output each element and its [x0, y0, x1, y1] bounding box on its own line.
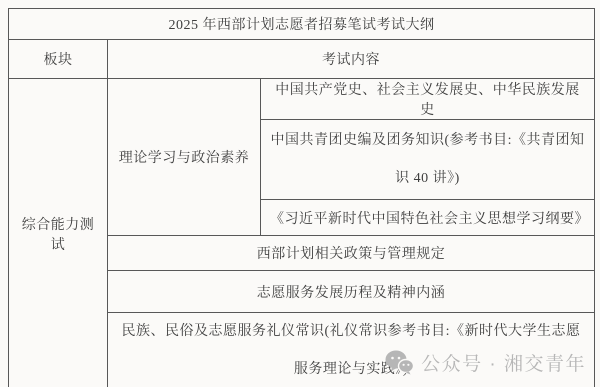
cell-content-youth-league: 中国共青团史编及团务知识(参考书目:《共青团知识 40 讲》)	[261, 120, 595, 200]
cell-subsection-theory-politics: 理论学习与政治素养	[108, 79, 261, 236]
cell-content-volunteer-service-history: 志愿服务发展历程及精神内涵	[108, 271, 595, 313]
table-title: 2025 年西部计划志愿者招募笔试考试大纲	[9, 9, 595, 40]
cell-content-western-plan-policy: 西部计划相关政策与管理规定	[108, 236, 595, 271]
header-cell-content: 考试内容	[108, 40, 595, 79]
cell-module-comprehensive-ability: 综合能力测试	[9, 79, 108, 387]
exam-outline-table: 2025 年西部计划志愿者招募笔试考试大纲 板块 考试内容 综合能力测试 理论学…	[8, 8, 595, 387]
cell-content-etiquette-knowledge: 民族、民俗及志愿服务礼仪常识(礼仪常识参考书目:《新时代大学生志愿服务理论与实践…	[108, 313, 595, 387]
header-cell-module: 板块	[9, 40, 108, 79]
exam-outline-page: 2025 年西部计划志愿者招募笔试考试大纲 板块 考试内容 综合能力测试 理论学…	[0, 0, 600, 387]
cell-content-party-history: 中国共产党史、社会主义发展史、中华民族发展史	[261, 79, 595, 120]
cell-content-xi-thought-outline: 《习近平新时代中国特色社会主义思想学习纲要》	[261, 200, 595, 236]
